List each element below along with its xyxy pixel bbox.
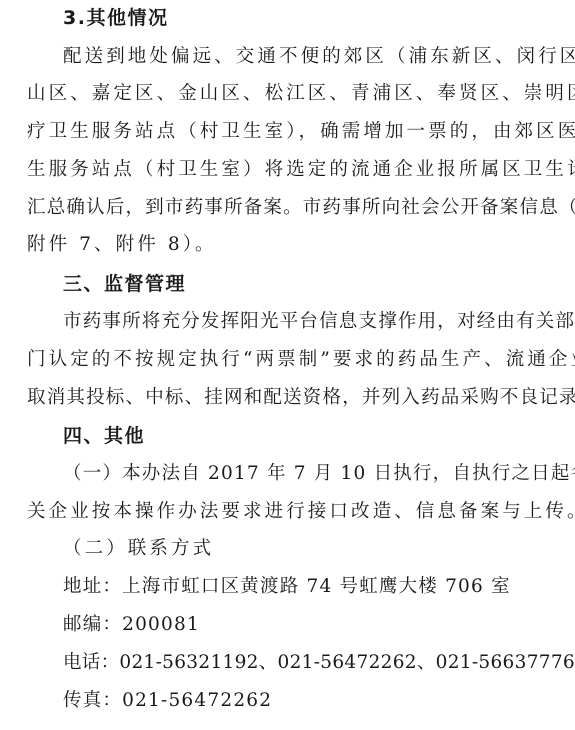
paragraph-line: 疗卫生服务站点（村卫生室），确需增加一票的，由郊区医疗卫 <box>27 120 575 144</box>
paragraph-line: （一）本办法自 2017 年 7 月 10 日执行，自执行之日起各相 <box>63 462 575 486</box>
paragraph-line: 生服务站点（村卫生室）将选定的流通企业报所属区卫生计生委 <box>27 158 575 182</box>
paragraph-line: 市药事所将充分发挥阳光平台信息支撑作用，对经由有关部 <box>63 310 575 334</box>
contact-postcode: 邮编：200081 <box>63 613 200 637</box>
section-heading-supervision: 三、监督管理 <box>63 272 186 296</box>
paragraph-line: 汇总确认后，到市药事所备案。市药事所向社会公开备案信息（见 <box>27 196 575 220</box>
paragraph-line: 配送到地处偏远、交通不便的郊区（浦东新区、闵行区、宝 <box>63 45 575 69</box>
section-heading-others: 四、其他 <box>63 424 145 448</box>
paragraph-line: 附件 7、附件 8）。 <box>27 233 217 257</box>
paragraph-line: 山区、嘉定区、金山区、松江区、青浦区、奉贤区、崇明区）医 <box>27 82 575 106</box>
paragraph-line: 关企业按本操作办法要求进行接口改造、信息备案与上传。 <box>27 500 575 524</box>
contact-subheading: （二）联系方式 <box>63 537 214 561</box>
paragraph-line: 门认定的不按规定执行“两票制”要求的药品生产、流通企业， <box>27 348 575 372</box>
contact-phone: 电话：021-56321192、021-56472262、021-5663777… <box>63 651 575 675</box>
contact-fax: 传真：021-56472262 <box>63 689 272 713</box>
contact-address: 地址：上海市虹口区黄渡路 74 号虹鹰大楼 706 室 <box>63 575 511 599</box>
paragraph-line: 取消其投标、中标、挂网和配送资格，并列入药品采购不良记录。 <box>27 386 575 410</box>
section-heading-other-situations: 3.其他情况 <box>63 6 168 30</box>
